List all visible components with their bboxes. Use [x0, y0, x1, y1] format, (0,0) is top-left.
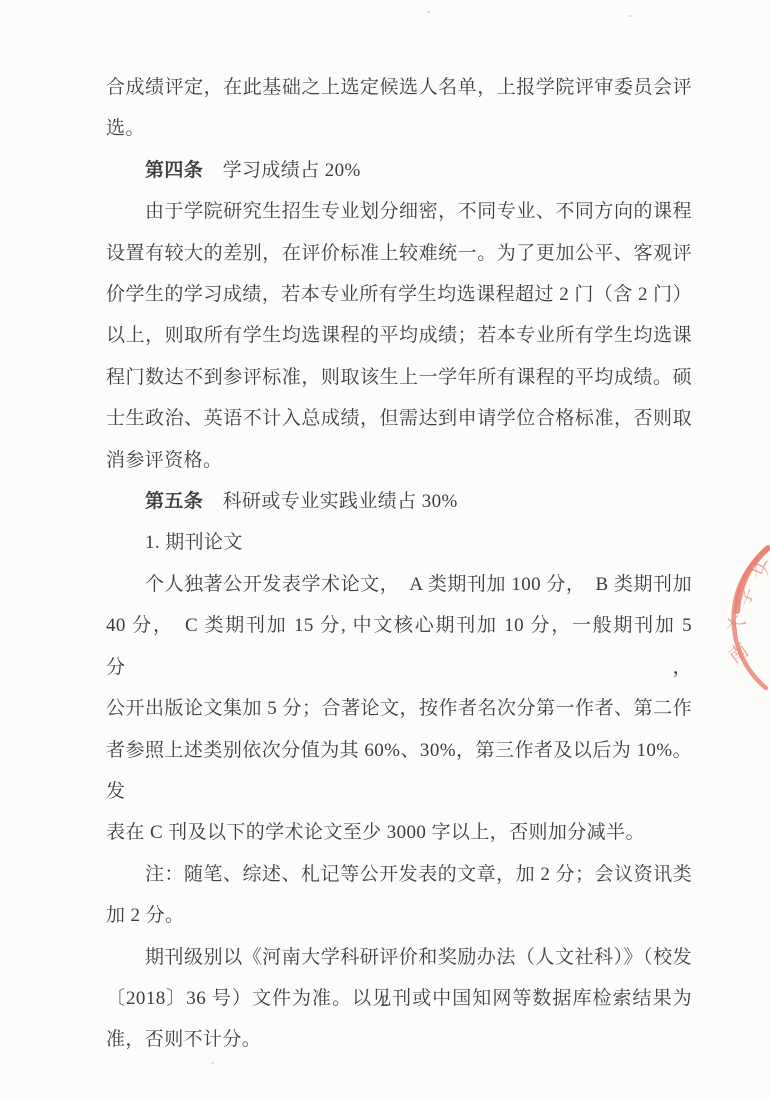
- text-line: 以上，则取所有学生均选课程的平均成绩；若本专业所有学生均选课: [106, 315, 692, 356]
- text-line: 个人独著公开发表学术论文， A 类期刊加 100 分， B 类期刊加: [106, 564, 692, 605]
- page-number: 2: [0, 993, 770, 1011]
- text-segment: 1. 期刊论文: [145, 532, 243, 553]
- text-segment: 程门数达不到参评标准，则取该生上一学年所有课程的平均成绩。硕: [106, 367, 692, 388]
- seal-arc: [734, 548, 768, 688]
- text-segment: 注：随笔、综述、札记等公开发表的文章，加 2 分；会议资讯类: [145, 864, 692, 885]
- text-segment: 士生政治、英语不计入总成绩，但需达到申请学位合格标准，否则取: [106, 408, 692, 429]
- text-segment: 科研或专业实践业绩占 30%: [203, 491, 458, 512]
- text-segment: 选。: [106, 118, 145, 139]
- text-segment: 表在 C 刊及以下的学术论文至少 3000 字以上，否则加分减半。: [106, 822, 645, 843]
- text-line: 期刊级别以《河南大学科研评价和奖励办法（人文社科）》（校发: [106, 937, 692, 978]
- article-heading-label: 第四条: [145, 160, 203, 181]
- text-line: 由于学院研究生招生专业划分细密，不同专业、不同方向的课程: [106, 191, 692, 232]
- document-page: 合成绩评定，在此基础之上选定候选人名单，上报学院评审委员会评选。第四条 学习成绩…: [0, 0, 770, 1099]
- seal-character: 女: [749, 558, 770, 578]
- text-segment: 个人独著公开发表学术论文， A 类期刊加 100 分， B 类期刊加: [145, 574, 692, 595]
- seal-arc-thick: [737, 548, 768, 611]
- text-line: 价学生的学习成绩，若本专业所有学生均选课程超过 2 门（含 2 门）: [106, 274, 692, 315]
- article-heading-label: 第五条: [145, 491, 203, 512]
- text-line: 者参照上述类别依次分值为其 60%、30%，第三作者及以后为 10%。发: [106, 730, 692, 813]
- scan-speck: [629, 15, 632, 17]
- text-line: 第五条 科研或专业实践业绩占 30%: [106, 481, 692, 522]
- text-segment: 期刊级别以《河南大学科研评价和奖励办法（人文社科）》（校发: [145, 947, 692, 968]
- text-line: 1. 期刊论文: [106, 522, 692, 563]
- text-segment: 40 分， C 类期刊加 15 分, 中文核心期刊加 10 分，一般期刊加 5 …: [106, 615, 692, 677]
- text-line: 程门数达不到参评标准，则取该生上一学年所有课程的平均成绩。硕: [106, 357, 692, 398]
- seal-character: 大: [721, 610, 750, 639]
- seal-character: 学: [732, 584, 760, 610]
- text-segment: 者参照上述类别依次分值为其 60%、30%，第三作者及以后为 10%。发: [106, 740, 692, 802]
- text-line: 第四条 学习成绩占 20%: [106, 150, 692, 191]
- scan-speck: [211, 1062, 214, 1064]
- university-round-seal-icon: 女学大南: [715, 528, 770, 743]
- text-segment: 公开出版论文集加 5 分；合著论文，按作者名次分第一作者、第二作: [106, 698, 692, 719]
- text-line: 加 2 分。: [106, 895, 692, 936]
- text-line: 士生政治、英语不计入总成绩，但需达到申请学位合格标准，否则取: [106, 398, 692, 439]
- scan-speck: [427, 11, 430, 13]
- text-line: 合成绩评定，在此基础之上选定候选人名单，上报学院评审委员会评: [106, 67, 692, 108]
- text-line: 40 分， C 类期刊加 15 分, 中文核心期刊加 10 分，一般期刊加 5 …: [106, 605, 692, 688]
- text-line: 选。: [106, 108, 692, 149]
- text-segment: 学习成绩占 20%: [203, 160, 361, 181]
- text-segment: 加 2 分。: [106, 905, 184, 926]
- text-line: 准，否则不计分。: [106, 1019, 692, 1060]
- text-segment: 以上，则取所有学生均选课程的平均成绩；若本专业所有学生均选课: [106, 325, 692, 346]
- text-line: 表在 C 刊及以下的学术论文至少 3000 字以上，否则加分减半。: [106, 812, 692, 853]
- text-segment: 设置有较大的差别，在评价标准上较难统一。为了更加公平、客观评: [106, 243, 692, 264]
- text-segment: 价学生的学习成绩，若本专业所有学生均选课程超过 2 门（含 2 门）: [106, 284, 692, 305]
- text-line: 注：随笔、综述、札记等公开发表的文章，加 2 分；会议资讯类: [106, 854, 692, 895]
- text-line: 设置有较大的差别，在评价标准上较难统一。为了更加公平、客观评: [106, 233, 692, 274]
- text-segment: 消参评资格。: [106, 450, 222, 471]
- text-segment: 准，否则不计分。: [106, 1029, 261, 1050]
- seal-characters: 女学大南: [721, 558, 770, 668]
- text-segment: 由于学院研究生招生专业划分细密，不同专业、不同方向的课程: [145, 201, 692, 222]
- text-line: 公开出版论文集加 5 分；合著论文，按作者名次分第一作者、第二作: [106, 688, 692, 729]
- text-segment: 合成绩评定，在此基础之上选定候选人名单，上报学院评审委员会评: [106, 77, 692, 98]
- document-body: 合成绩评定，在此基础之上选定候选人名单，上报学院评审委员会评选。第四条 学习成绩…: [106, 67, 692, 1061]
- text-line: 消参评资格。: [106, 440, 692, 481]
- seal-character: 南: [725, 639, 753, 668]
